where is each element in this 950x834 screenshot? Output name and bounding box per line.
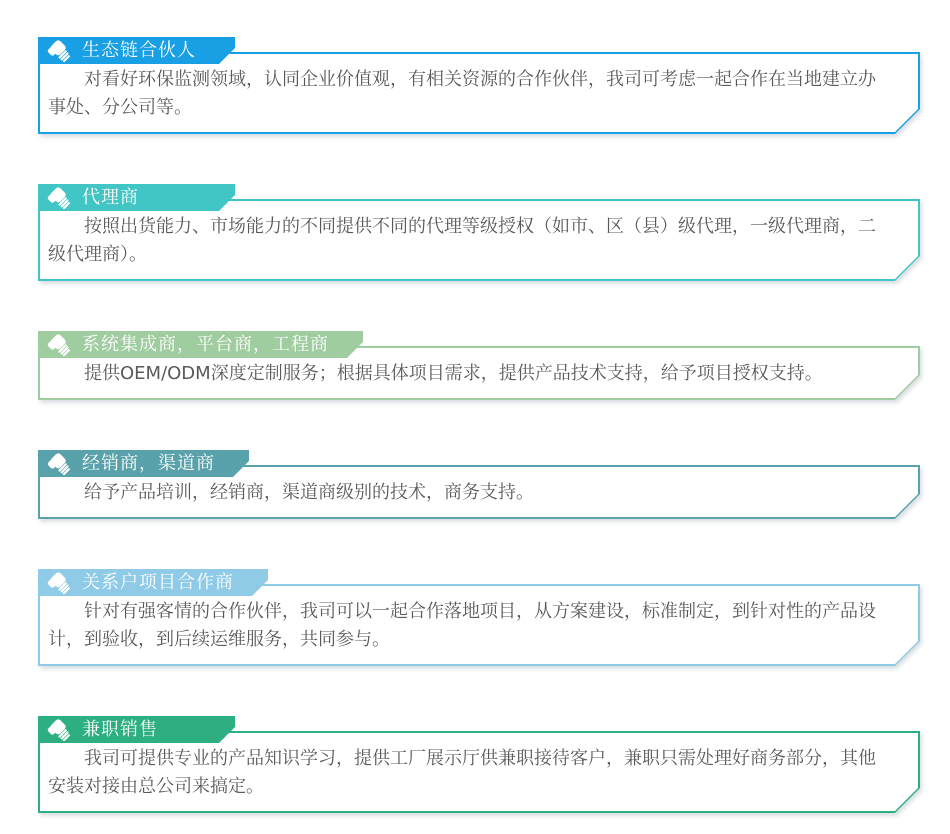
partner-section-system-integrator: 系统集成商，平台商，工程商 提供OEM/ODM深度定制服务；根据具体项目需求，提… [38,331,920,400]
section-body: 按照出货能力、市场能力的不同提供不同的代理等级授权（如市、区（县）级代理，一级代… [48,213,884,269]
section-title: 代理商 [82,184,139,211]
partner-section-agent: 代理商 按照出货能力、市场能力的不同提供不同的代理等级授权（如市、区（县）级代理… [38,184,920,281]
section-tab: 关系户项目合作商 [38,569,268,596]
section-tab: 兼职销售 [38,716,235,743]
section-tab: 经销商，渠道商 [38,450,249,477]
handshake-icon [46,39,74,62]
section-tab: 生态链合伙人 [38,37,235,64]
content-box-border: 我司可提供专业的产品知识学习，提供工厂展示厅供兼职接待客户，兼职只需处理好商务部… [38,731,920,813]
handshake-icon [46,718,74,741]
section-title: 关系户项目合作商 [82,569,234,596]
section-title: 生态链合伙人 [82,37,196,64]
section-tab: 代理商 [38,184,235,211]
content-box: 按照出货能力、市场能力的不同提供不同的代理等级授权（如市、区（县）级代理，一级代… [40,201,918,279]
content-box-border: 对看好环保监测领域，认同企业价值观，有相关资源的合作伙伴，我司可考虑一起合作在当… [38,52,920,134]
content-box-border: 针对有强客情的合作伙伴，我司可以一起合作落地项目，从方案建设，标准制定，到针对性… [38,584,920,666]
content-box: 我司可提供专业的产品知识学习，提供工厂展示厅供兼职接待客户，兼职只需处理好商务部… [40,733,918,811]
section-body: 对看好环保监测领域，认同企业价值观，有相关资源的合作伙伴，我司可考虑一起合作在当… [48,66,884,122]
partner-section-part-time-sales: 兼职销售 我司可提供专业的产品知识学习，提供工厂展示厅供兼职接待客户，兼职只需处… [38,716,920,813]
partner-section-relationship-project-partner: 关系户项目合作商 针对有强客情的合作伙伴，我司可以一起合作落地项目，从方案建设，… [38,569,920,666]
page: 生态链合伙人 对看好环保监测领域，认同企业价值观，有相关资源的合作伙伴，我司可考… [0,0,950,813]
content-box-border: 按照出货能力、市场能力的不同提供不同的代理等级授权（如市、区（县）级代理，一级代… [38,199,920,281]
handshake-icon [46,571,74,594]
section-title: 系统集成商，平台商，工程商 [82,331,329,358]
section-body: 提供OEM/ODM深度定制服务；根据具体项目需求，提供产品技术支持，给予项目授权… [48,360,884,388]
section-title: 经销商，渠道商 [82,450,215,477]
partner-section-eco-chain-partner: 生态链合伙人 对看好环保监测领域，认同企业价值观，有相关资源的合作伙伴，我司可考… [38,37,920,134]
section-title: 兼职销售 [82,716,158,743]
section-tab: 系统集成商，平台商，工程商 [38,331,363,358]
section-body: 针对有强客情的合作伙伴，我司可以一起合作落地项目，从方案建设，标准制定，到针对性… [48,598,884,654]
partner-section-dealer-channel: 经销商，渠道商 给予产品培训，经销商，渠道商级别的技术，商务支持。 [38,450,920,519]
content-box: 针对有强客情的合作伙伴，我司可以一起合作落地项目，从方案建设，标准制定，到针对性… [40,586,918,664]
section-body: 给予产品培训，经销商，渠道商级别的技术，商务支持。 [48,479,884,507]
handshake-icon [46,333,74,356]
handshake-icon [46,452,74,475]
handshake-icon [46,186,74,209]
section-body: 我司可提供专业的产品知识学习，提供工厂展示厅供兼职接待客户，兼职只需处理好商务部… [48,745,884,801]
content-box: 对看好环保监测领域，认同企业价值观，有相关资源的合作伙伴，我司可考虑一起合作在当… [40,54,918,132]
